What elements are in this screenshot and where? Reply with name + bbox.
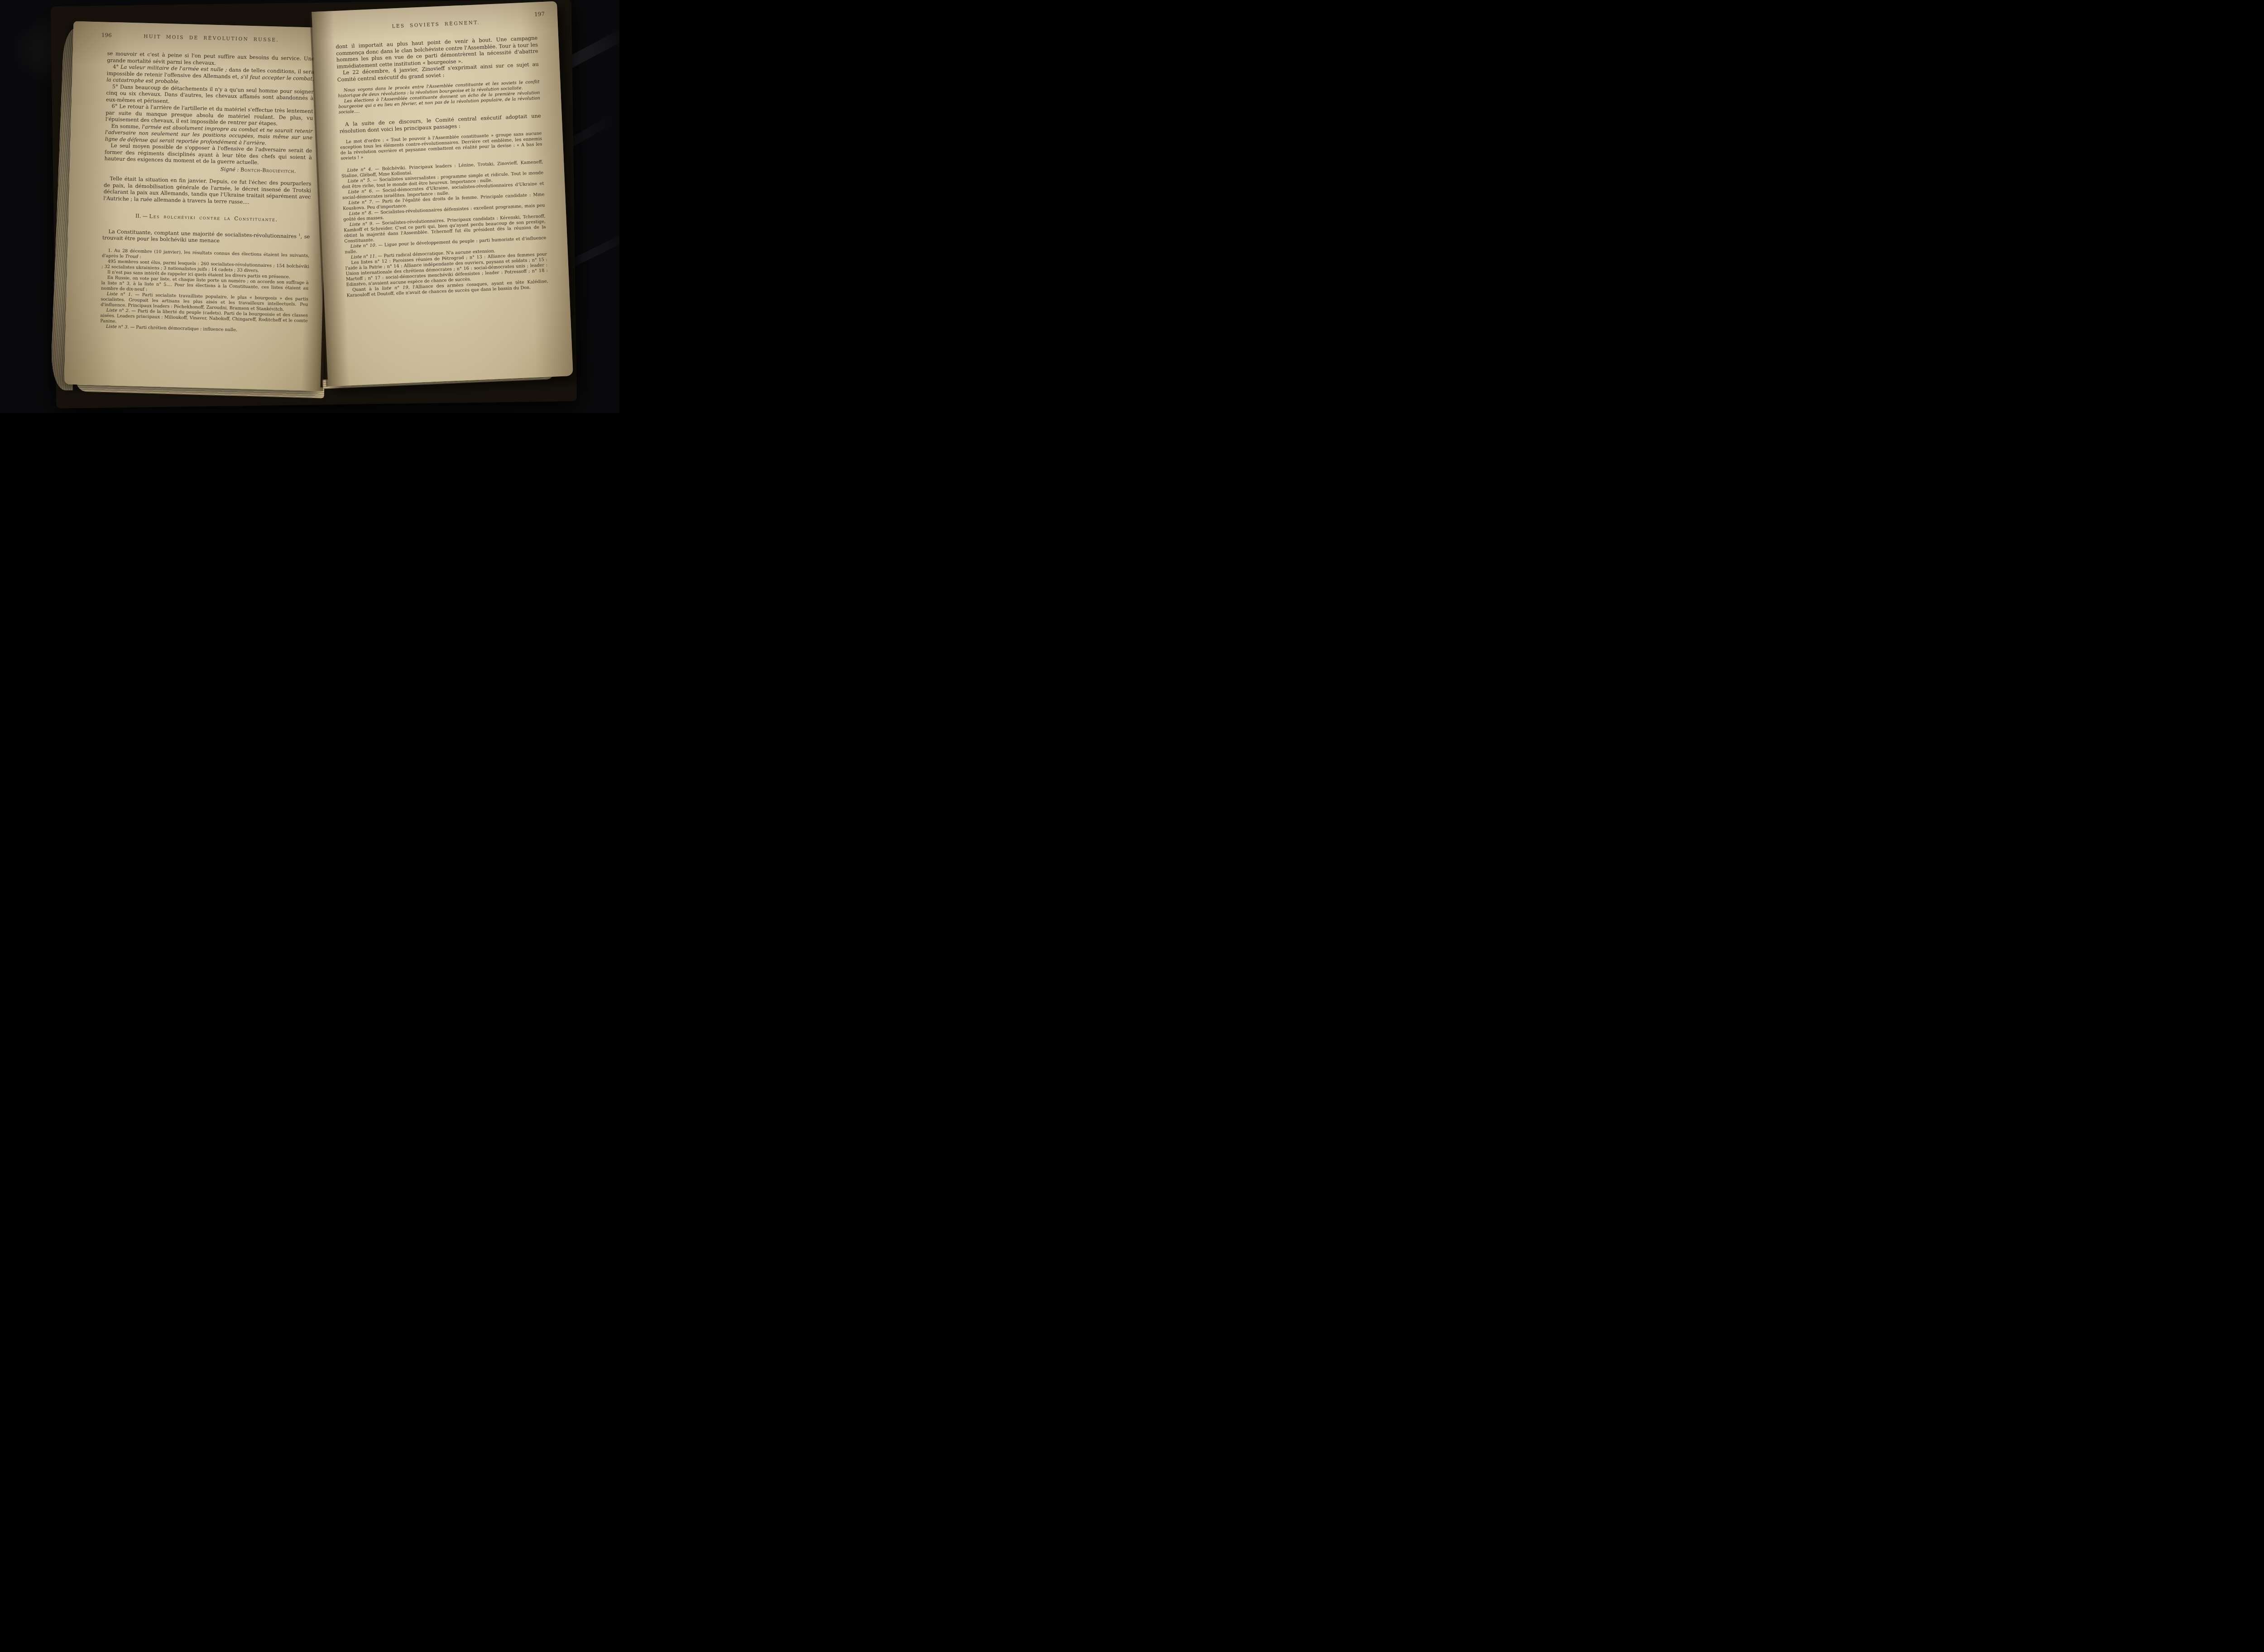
- text-run: 4°: [113, 63, 120, 70]
- text-run: :: [138, 254, 141, 259]
- right-page-number: 197: [534, 11, 545, 18]
- list-label: Liste n° 2.: [106, 307, 130, 313]
- text-run-italic: Troud: [125, 254, 139, 259]
- left-page-content: 196 HUIT MOIS DE RÉVOLUTION RUSSE. se mo…: [64, 21, 330, 391]
- right-running-title: LES SOVIETS RÈGNENT.: [335, 18, 537, 32]
- left-running-title: HUIT MOIS DE RÉVOLUTION RUSSE.: [108, 33, 315, 44]
- signature-name: Bontch-Brouiévitch.: [240, 166, 297, 174]
- footnote-block: 1. Au 28 décembre (10 janvier), les résu…: [100, 248, 310, 335]
- party-list-block: Liste n° 4. — Bolchéviki. Principaux lea…: [341, 159, 548, 298]
- quote-paragraph: Le mot d'ordre : « Tout le pouvoir à l'A…: [340, 131, 543, 161]
- right-page-content: LES SOVIETS RÈGNENT. 197 dont il importa…: [312, 1, 573, 387]
- right-page: LES SOVIETS RÈGNENT. 197 dont il importa…: [312, 1, 573, 387]
- list-label: Liste n° 5.: [347, 178, 371, 184]
- paragraph: Telle était la situation en fin janvier.…: [103, 175, 311, 207]
- list-label: Liste n° 3.: [106, 324, 129, 329]
- photo-background: 196 HUIT MOIS DE RÉVOLUTION RUSSE. se mo…: [0, 0, 619, 413]
- right-page-body: dont il importait au plus haut point de …: [336, 35, 548, 299]
- left-page-number: 196: [101, 32, 112, 38]
- list-label: Liste n° 8.: [349, 211, 373, 216]
- list-label: Liste n° 10.: [350, 243, 377, 249]
- list-label: Liste n° 1.: [107, 291, 133, 297]
- right-page-header: LES SOVIETS RÈGNENT. 197: [335, 18, 537, 36]
- left-page-header: 196 HUIT MOIS DE RÉVOLUTION RUSSE.: [107, 33, 315, 48]
- left-page: 196 HUIT MOIS DE RÉVOLUTION RUSSE. se mo…: [64, 21, 330, 391]
- paragraph: A la suite de ce discours, le Comité cen…: [339, 112, 542, 134]
- section-number: II. —: [135, 213, 149, 219]
- text-run: En somme,: [111, 122, 142, 130]
- section-heading: II. — Les bolchéviki contre la Constitua…: [103, 212, 310, 224]
- paragraph: La Constituante, comptant une majorité d…: [102, 228, 310, 246]
- left-page-body: se mouvoir et c'est à peine si l'on peut…: [100, 50, 315, 335]
- section-title: Les bolchéviki contre la Constituante.: [149, 213, 278, 222]
- signature-label: Signé :: [221, 166, 239, 173]
